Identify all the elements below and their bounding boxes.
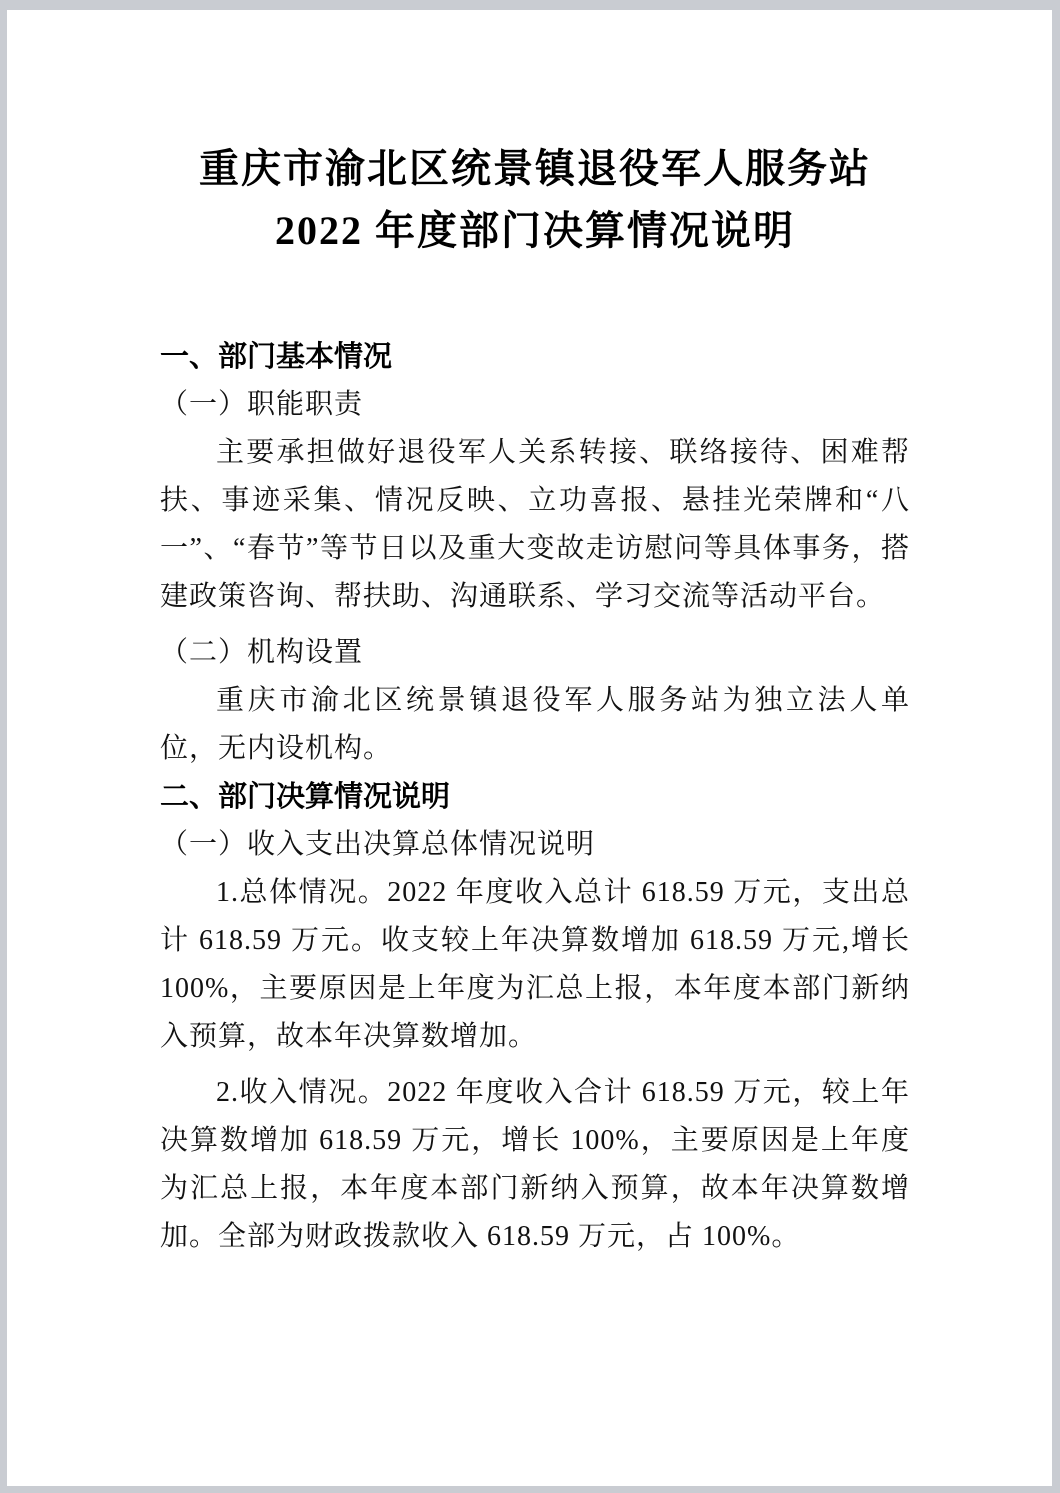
document-page: 重庆市渝北区统景镇退役军人服务站 2022 年度部门决算情况说明 一、部门基本情… [7,10,1052,1486]
subsection-heading-duties: （一）职能职责 [160,381,910,429]
document-title-line1: 重庆市渝北区统景镇退役军人服务站 [160,138,910,200]
section-heading-basic-info: 一、部门基本情况 [160,333,910,381]
paragraph-structure: 重庆市渝北区统景镇退役军人服务站为独立法人单位，无内设机构。 [160,677,910,773]
paragraph-duties: 主要承担做好退役军人关系转接、联络接待、困难帮扶、事迹采集、情况反映、立功喜报、… [160,429,910,621]
paragraph-income-situation: 2.收入情况。2022 年度收入合计 618.59 万元，较上年决算数增加 61… [160,1069,910,1261]
paragraph-overall-situation: 1.总体情况。2022 年度收入总计 618.59 万元，支出总计 618.59… [160,869,910,1061]
document-title-line2: 2022 年度部门决算情况说明 [160,200,910,262]
subsection-heading-income-expenditure-overview: （一）收入支出决算总体情况说明 [160,821,910,869]
document-title: 重庆市渝北区统景镇退役军人服务站 2022 年度部门决算情况说明 [160,138,910,262]
section-heading-final-accounts: 二、部门决算情况说明 [160,773,910,821]
subsection-heading-structure: （二）机构设置 [160,629,910,677]
